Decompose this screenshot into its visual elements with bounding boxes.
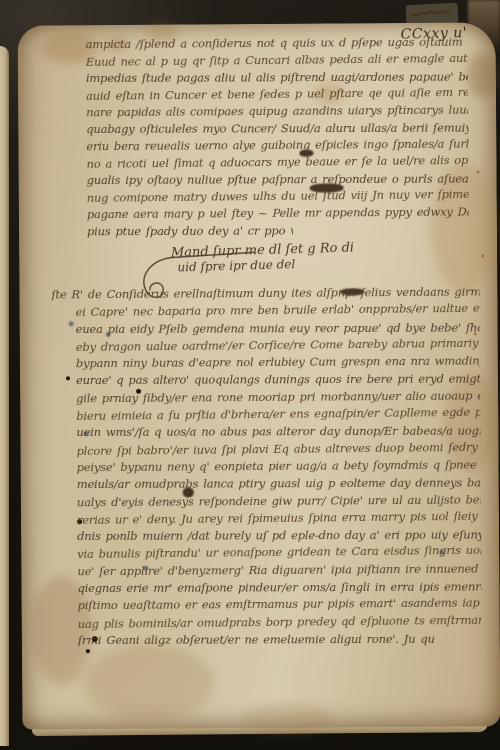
manuscript-line: no a ricoti uel ſimat q aduocars mye bea… bbox=[86, 152, 468, 173]
rust-speck bbox=[477, 170, 480, 173]
manuscript-line: peiyse' bypanu neny q' eonpieta pier uag… bbox=[77, 456, 481, 476]
manuscript-line: uag plis bominils/ar omudprabs borp pred… bbox=[78, 611, 482, 633]
manuscript-page: CCxxy u' ampicta /ſplend a conſiderus no… bbox=[18, 22, 500, 729]
stain bbox=[84, 644, 215, 721]
manuscript-line: ue' ſer applire' d'benyzmerg' Ria diguar… bbox=[77, 560, 481, 580]
ink-dot bbox=[66, 376, 70, 380]
heading-block: Mand ſupr me dl ſet g Ro di uid ſpre ipr… bbox=[137, 239, 398, 275]
manuscript-line: pagane aera mary p uel ſtey ~ Pelle mr a… bbox=[87, 204, 469, 224]
text-block-lower: ſte R' de Conſiderus erellnaſtimum duny … bbox=[75, 283, 482, 649]
stain bbox=[468, 52, 498, 98]
manuscript-line: ſrmi Geani aligz obſeruet/er ne emeluemi… bbox=[78, 631, 434, 650]
grey-dot bbox=[69, 321, 74, 326]
manuscript-line: Euud nec al p ug qr ſitp a Cuncari albas… bbox=[86, 50, 468, 71]
previous-page-edge bbox=[0, 46, 9, 746]
scribble-mark-icon bbox=[408, 4, 457, 24]
manuscript-line: nare papidas alis comipaes quipug azandi… bbox=[86, 102, 468, 122]
ink-dot bbox=[86, 649, 90, 653]
text-block-upper: ampicta /ſplend a conſiderus not q quis … bbox=[86, 34, 469, 241]
manuscript-line: ei Capre' nec baparia pro mre ben bruile… bbox=[75, 300, 479, 322]
manuscript-line: pius ptue ſpady duo dey a' cr ppo viij bbox=[87, 222, 293, 240]
rust-speck bbox=[481, 254, 484, 257]
